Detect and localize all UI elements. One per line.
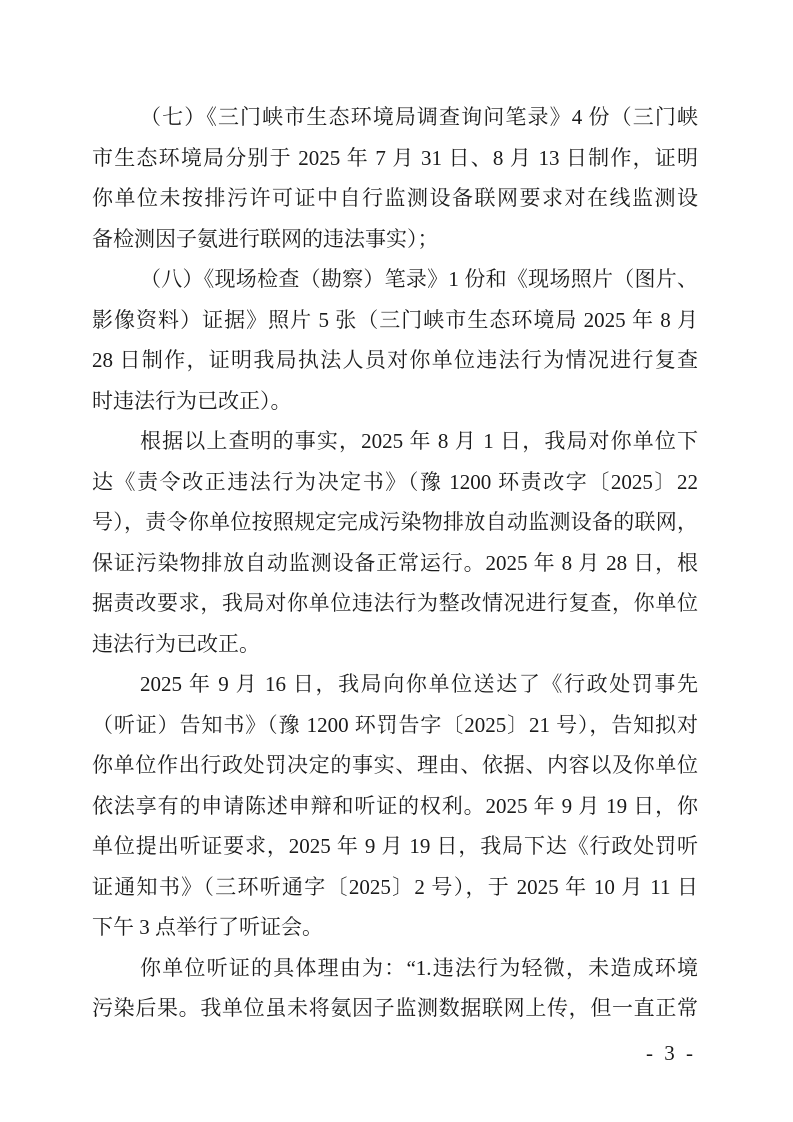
paragraph-hearing-notice: 2025 年 9 月 16 日，我局向你单位送达了《行政处罚事先（听证）告知书》… bbox=[92, 664, 698, 948]
text-line: 污染后果。我单位虽未将氨因子监测数据联网上传，但一直正常 bbox=[92, 988, 698, 1029]
text-line: 你单位作出行政处罚决定的事实、理由、依据、内容以及你单位 bbox=[92, 745, 698, 786]
paragraph-evidence-item-8: （八）《现场检查（勘察）笔录》1 份和《现场照片（图片、影像资料）证据》照片 5… bbox=[92, 259, 698, 421]
text-line: 号），责令你单位按照规定完成污染物排放自动监测设备的联网， bbox=[92, 502, 698, 543]
text-line: 达《责令改正违法行为决定书》（豫 1200 环责改字〔2025〕22 bbox=[92, 462, 698, 503]
text-line: 单位提出听证要求，2025 年 9 月 19 日，我局下达《行政处罚听 bbox=[92, 826, 698, 867]
text-line: 证通知书》（三环听通字〔2025〕2 号），于 2025 年 10 月 11 日 bbox=[92, 867, 698, 908]
text-line: 据责改要求，我局对你单位违法行为整改情况进行复查，你单位 bbox=[92, 583, 698, 624]
paragraph-correction-order: 根据以上查明的事实，2025 年 8 月 1 日，我局对你单位下达《责令改正违法… bbox=[92, 421, 698, 664]
page-number: - 3 - bbox=[646, 1037, 696, 1069]
text-line: 影像资料）证据》照片 5 张（三门峡市生态环境局 2025 年 8 月 bbox=[92, 300, 698, 341]
text-line: 违法行为已改正。 bbox=[92, 624, 698, 665]
document-body: （七）《三门峡市生态环境局调查询问笔录》4 份（三门峡市生态环境局分别于 202… bbox=[92, 97, 698, 1029]
text-line: 根据以上查明的事实，2025 年 8 月 1 日，我局对你单位下 bbox=[92, 421, 698, 462]
text-line: （八）《现场检查（勘察）笔录》1 份和《现场照片（图片、 bbox=[92, 259, 698, 300]
document-page: （七）《三门峡市生态环境局调查询问笔录》4 份（三门峡市生态环境局分别于 202… bbox=[0, 0, 793, 1122]
text-line: 市生态环境局分别于 2025 年 7 月 31 日、8 月 13 日制作，证明 bbox=[92, 138, 698, 179]
text-line: 你单位听证的具体理由为：“1.违法行为轻微，未造成环境 bbox=[92, 948, 698, 989]
text-line: 你单位未按排污许可证中自行监测设备联网要求对在线监测设 bbox=[92, 178, 698, 219]
text-line: 时违法行为已改正）。 bbox=[92, 381, 698, 422]
text-line: （七）《三门峡市生态环境局调查询问笔录》4 份（三门峡 bbox=[92, 97, 698, 138]
text-line: （听证）告知书》（豫 1200 环罚告字〔2025〕21 号），告知拟对 bbox=[92, 705, 698, 746]
text-line: 2025 年 9 月 16 日，我局向你单位送达了《行政处罚事先 bbox=[92, 664, 698, 705]
paragraph-evidence-item-7: （七）《三门峡市生态环境局调查询问笔录》4 份（三门峡市生态环境局分别于 202… bbox=[92, 97, 698, 259]
paragraph-hearing-reasons: 你单位听证的具体理由为：“1.违法行为轻微，未造成环境污染后果。我单位虽未将氨因… bbox=[92, 948, 698, 1029]
text-line: 保证污染物排放自动监测设备正常运行。2025 年 8 月 28 日，根 bbox=[92, 543, 698, 584]
text-line: 下午 3 点举行了听证会。 bbox=[92, 907, 698, 948]
text-line: 备检测因子氨进行联网的违法事实）； bbox=[92, 219, 698, 260]
text-line: 28 日制作，证明我局执法人员对你单位违法行为情况进行复查 bbox=[92, 340, 698, 381]
text-line: 依法享有的申请陈述申辩和听证的权利。2025 年 9 月 19 日，你 bbox=[92, 786, 698, 827]
